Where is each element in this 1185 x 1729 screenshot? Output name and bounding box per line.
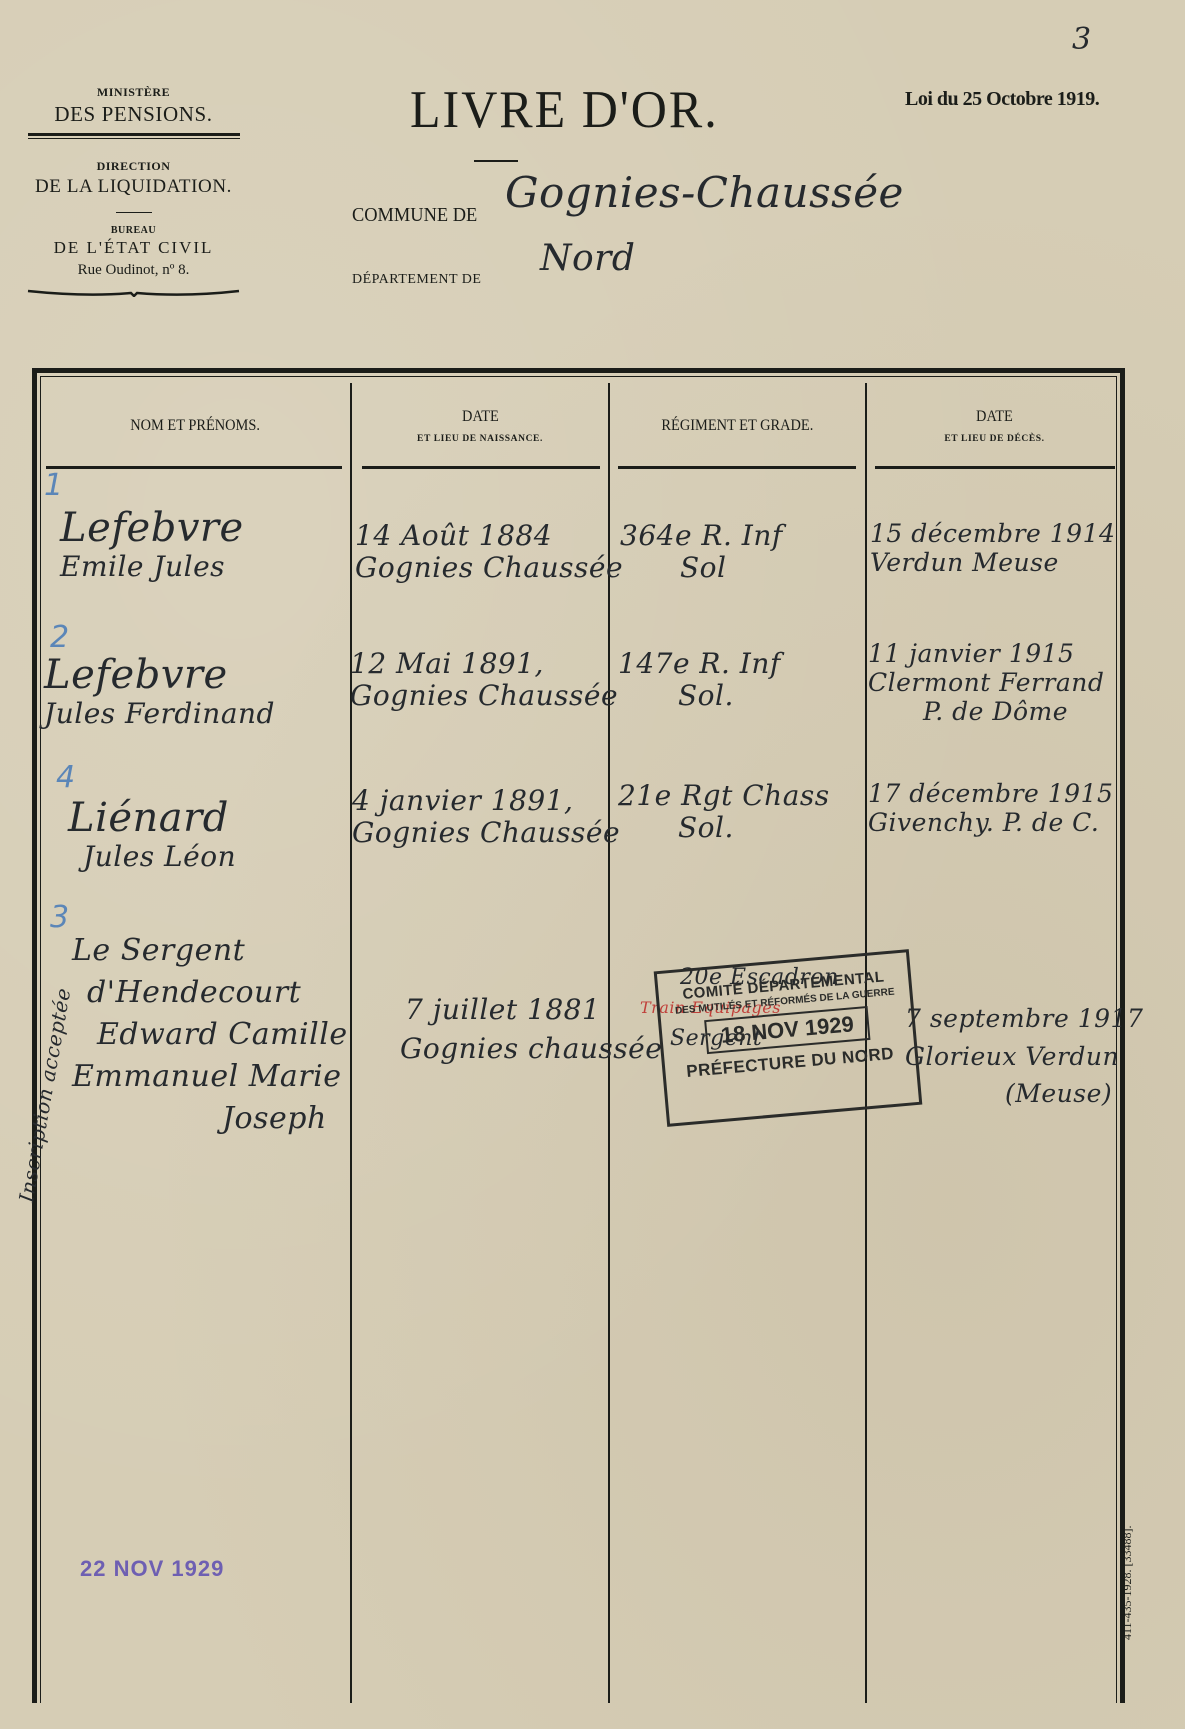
header-rule: [362, 466, 600, 469]
page-number: 3: [1072, 22, 1092, 57]
law-reference: Loi du 25 Octobre 1919.: [905, 88, 1099, 111]
birth-cell: 7 juillet 1881 Gognies chaussée: [405, 990, 662, 1068]
grade: Sol: [620, 552, 783, 584]
given-names: Emile Jules: [60, 551, 244, 583]
stamp-line-4: PRÉFECTURE DU NORD: [665, 1042, 916, 1084]
regiment-cell: 21e Rgt Chass Sol.: [618, 780, 830, 844]
print-reference: 411-435-1928. [33488].: [1120, 1525, 1135, 1640]
ornamental-rule-icon: [26, 287, 241, 297]
death-cell: 15 décembre 1914 Verdun Meuse: [870, 520, 1115, 578]
prefecture-stamp: COMITÉ DÉPARTEMENTAL DES MUTILÉS ET RÉFO…: [654, 949, 923, 1127]
name-cell: Liénard Jules Léon: [68, 795, 236, 873]
row-index: 3: [50, 900, 69, 935]
death-date: 15 décembre 1914: [870, 520, 1115, 549]
birth-place: Gognies Chaussée: [355, 552, 623, 584]
department-label: DÉPARTEMENT DE: [352, 272, 481, 288]
received-date-stamp: 22 NOV 1929: [80, 1556, 224, 1582]
surname: Lefebvre: [44, 652, 275, 698]
ministry-name: DES PENSIONS.: [26, 102, 241, 127]
death-date: 17 décembre 1915: [868, 780, 1113, 809]
birth-place: Gognies Chaussée: [352, 817, 620, 849]
birth-place: Gognies chaussée: [400, 1029, 662, 1068]
title-underline: [474, 160, 518, 162]
birth-cell: 4 janvier 1891, Gognies Chaussée: [352, 785, 620, 849]
row-index: 2: [50, 620, 69, 655]
bureau-label: BUREAU: [26, 225, 241, 236]
regiment: 364e R. Inf: [620, 520, 783, 552]
given-names-2: Emmanuel Marie: [72, 1056, 348, 1098]
death-date: 7 septembre 1917: [905, 1000, 1143, 1038]
column-divider: [350, 383, 352, 1703]
double-rule-divider: [28, 133, 240, 139]
death-cell: 7 septembre 1917 Glorieux Verdun (Meuse): [905, 1000, 1143, 1113]
given-names: Jules Ferdinand: [44, 698, 275, 730]
birth-cell: 12 Mai 1891, Gognies Chaussée: [350, 648, 618, 712]
header-rule: [618, 466, 856, 469]
death-place-region: P. de Dôme: [868, 698, 1104, 727]
death-place: Givenchy. P. de C.: [868, 809, 1113, 838]
regiment-cell: 364e R. Inf Sol: [620, 520, 783, 584]
direction-name: DE LA LIQUIDATION.: [26, 176, 241, 198]
death-place-region: (Meuse): [905, 1075, 1143, 1113]
given-names: Jules Léon: [68, 841, 236, 873]
column-header-birth: DATE ET LIEU DE NAISSANCE.: [352, 384, 608, 468]
birth-date: 4 janvier 1891,: [352, 785, 620, 817]
surname: Liénard: [68, 795, 236, 841]
direction-label: DIRECTION: [26, 159, 241, 174]
row-index: 1: [44, 468, 63, 503]
header-rule: [875, 466, 1115, 469]
surname: Lefebvre: [60, 505, 244, 551]
column-header-death: DATE ET LIEU DE DÉCÈS.: [867, 384, 1122, 468]
regiment: 147e R. Inf: [618, 648, 781, 680]
department-value: Nord: [540, 238, 635, 279]
surname: d'Hendecourt: [72, 972, 348, 1014]
birth-place: Gognies Chaussée: [350, 680, 618, 712]
death-cell: 11 janvier 1915 Clermont Ferrand P. de D…: [868, 640, 1104, 726]
bureau-address: Rue Oudinot, nº 8.: [26, 262, 241, 279]
death-place: Glorieux Verdun: [905, 1038, 1143, 1076]
column-header-name: NOM ET PRÉNOMS.: [40, 384, 350, 468]
regiment-cell: 147e R. Inf Sol.: [618, 648, 781, 712]
name-cell: Le Sergent d'Hendecourt Edward Camille E…: [72, 930, 348, 1140]
name-cell: Lefebvre Emile Jules: [60, 505, 244, 583]
column-header-regiment: RÉGIMENT ET GRADE.: [610, 384, 865, 468]
given-names-3: Joseph: [72, 1098, 348, 1140]
commune-value: Gognies-Chaussée: [505, 168, 904, 217]
death-date: 11 janvier 1915: [868, 640, 1104, 669]
ministry-label: MINISTÈRE: [26, 85, 241, 100]
grade: Sol.: [618, 812, 830, 844]
birth-date: 14 Août 1884: [355, 520, 623, 552]
row-index: 4: [56, 760, 75, 795]
birth-cell: 14 Août 1884 Gognies Chaussée: [355, 520, 623, 584]
birth-date: 12 Mai 1891,: [350, 648, 618, 680]
regiment: 21e Rgt Chass: [618, 780, 830, 812]
birth-date: 7 juillet 1881: [405, 990, 662, 1029]
commune-label: COMMUNE DE: [352, 204, 477, 227]
death-place: Clermont Ferrand: [868, 669, 1104, 698]
death-cell: 17 décembre 1915 Givenchy. P. de C.: [868, 780, 1113, 838]
issuing-office-block: MINISTÈRE DES PENSIONS. DIRECTION DE LA …: [26, 85, 241, 302]
short-divider: [116, 212, 152, 213]
given-names: Edward Camille: [72, 1014, 348, 1056]
death-place: Verdun Meuse: [870, 549, 1115, 578]
surname-prefix: Le Sergent: [72, 930, 348, 972]
header-rule: [46, 466, 342, 469]
stamp-date: 18 NOV 1929: [704, 1006, 870, 1054]
bureau-name: DE L'ÉTAT CIVIL: [26, 238, 241, 258]
grade: Sol.: [618, 680, 781, 712]
page-title: LIVRE D'OR.: [410, 79, 719, 140]
name-cell: Lefebvre Jules Ferdinand: [44, 652, 275, 730]
